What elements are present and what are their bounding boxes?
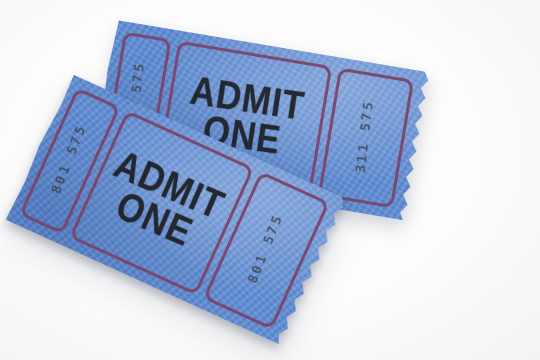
ticket-front-left-serial: 575 108 [53,125,87,196]
photo-background: 575 113 ADMIT ONE 575 113 575 108 ADMIT … [0,0,540,360]
admit-one-label: ADMIT ONE [94,146,229,260]
ticket-back-right-stub: 575 113 [318,67,414,208]
ticket-back-right-serial: 575 113 [358,101,374,175]
ticket-front-right-serial: 575 108 [249,215,283,286]
